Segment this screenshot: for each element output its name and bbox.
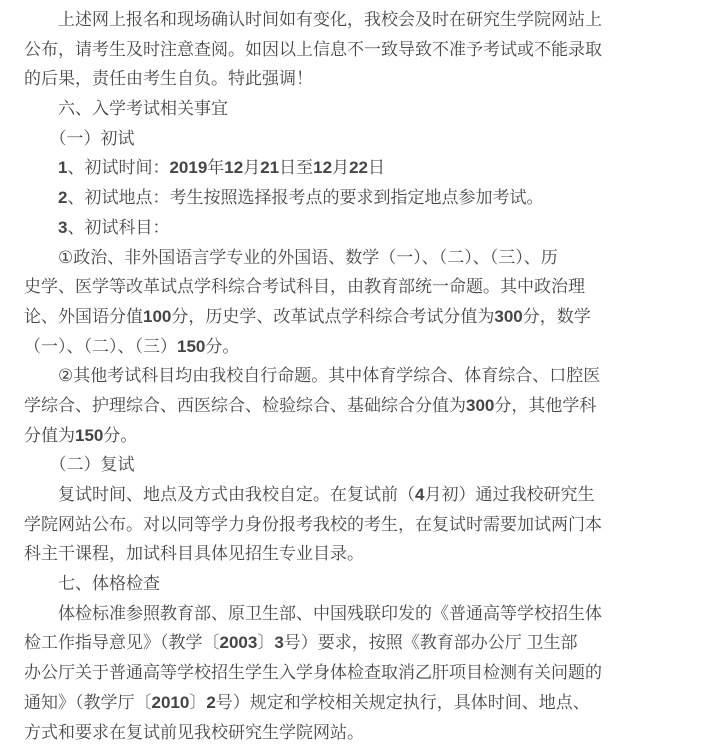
para-physical-exam-line: 检工作指导意见》（教学〔2003〕3号）要求，按照《教育部办公厅 卫生部 <box>24 628 698 658</box>
para-notice-line: 公布，请考生及时注意查阅。如因以上信息不一致导致不准予考试或不能录取 <box>24 35 698 65</box>
para-physical-exam-line: 方式和要求在复试前见我校研究生学院网站。 <box>24 718 698 748</box>
para-unified-subjects-line: （一）、（二）、（三）150分。 <box>24 332 698 362</box>
para-selfmade-subjects-line: ②其他考试科目均由我校自行命题。其中体育学综合、体育综合、口腔医 <box>24 361 698 391</box>
para-retest-line: 复试时间、地点及方式由我校自定。在复试前（4月初）通过我校研究生 <box>24 480 698 510</box>
para-physical-exam-line: 通知》（教学厅〔2010〕2号）规定和学校相关规定执行，具体时间、地点、 <box>24 688 698 718</box>
heading-section-7: 七、体格检查 <box>24 569 698 599</box>
para-unified-subjects-line: ①政治、非外国语言学专业的外国语、数学（一）、（二）、（三）、历 <box>24 243 698 273</box>
heading-section-6: 六、入学考试相关事宜 <box>24 94 698 124</box>
line-first-exam-time: 1、初试时间：2019年12月21日至12月22日 <box>24 153 698 183</box>
para-physical-exam-line: 办公厅关于普通高等学校招生学生入学身体检查取消乙肝项目检测有关问题的 <box>24 658 698 688</box>
line-first-exam-subjects: 3、初试科目： <box>24 213 698 243</box>
para-notice-line: 上述网上报名和现场确认时间如有变化，我校会及时在研究生学院网站上 <box>24 5 698 35</box>
para-selfmade-subjects-line: 学综合、护理综合、西医综合、检验综合、基础综合分值为300分，其他学科 <box>24 391 698 421</box>
line-first-exam-location: 2、初试地点：考生按照选择报考点的要求到指定地点参加考试。 <box>24 183 698 213</box>
heading-first-exam: （一）初试 <box>24 124 698 154</box>
para-notice-line: 的后果，责任由考生自负。特此强调！ <box>24 64 698 94</box>
heading-retest: （二）复试 <box>24 450 698 480</box>
para-unified-subjects-line: 论、外国语分值100分，历史学、改革试点学科综合考试分值为300分，数学 <box>24 302 698 332</box>
para-selfmade-subjects-line: 分值为150分。 <box>24 421 698 451</box>
para-retest-line: 科主干课程，加试科目具体见招生专业目录。 <box>24 539 698 569</box>
para-retest-line: 学院网站公布。对以同等学力身份报考我校的考生，在复试时需要加试两门本 <box>24 510 698 540</box>
document-body: 上述网上报名和现场确认时间如有变化，我校会及时在研究生学院网站上 公布，请考生及… <box>0 0 718 748</box>
para-physical-exam-line: 体检标准参照教育部、原卫生部、中国残联印发的《普通高等学校招生体 <box>24 599 698 629</box>
para-unified-subjects-line: 史学、医学等改革试点学科综合考试科目，由教育部统一命题。其中政治理 <box>24 272 698 302</box>
